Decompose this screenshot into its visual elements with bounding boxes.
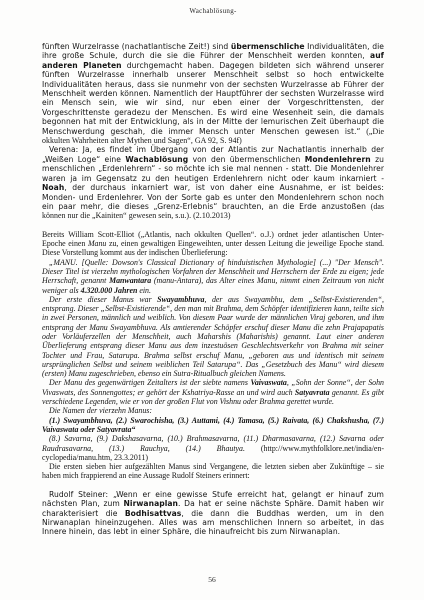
paragraph: Bereits William Scott-Elliot („Atlantis,…: [42, 230, 384, 258]
text-run: Noah: [42, 183, 64, 192]
page-number: 56: [0, 575, 424, 584]
paragraph: Die Namen der vierzehn Manus:: [42, 406, 384, 415]
text-run: (1.) Swayambhuva, (2.) Swarochisha, (3.)…: [42, 416, 384, 434]
text-run: Nirwanaplan: [124, 499, 179, 508]
document-page: Wachablösung- fünften Wurzelrasse (nacha…: [0, 0, 424, 600]
text-run: von den übermenschlichen: [188, 155, 305, 164]
text-run: Mondenlehrern: [305, 155, 371, 164]
paragraph: „MANU. [Quelle: Dowson's Classical Dicti…: [42, 258, 384, 295]
text-run: durchgemacht haben. Dagegen bildeten sic…: [42, 61, 384, 136]
page-header: Wachablösung-: [42, 7, 384, 15]
paragraph: (1.) Swayambhuva, (2.) Swarochisha, (3.)…: [42, 416, 384, 435]
text-run: 4.320.000 Jahren: [81, 286, 138, 295]
text-run: Der erste dieser Manus war: [49, 295, 157, 304]
paragraph: Die ersten sieben hier aufgezählten Manu…: [42, 462, 384, 481]
text-run: Die ersten sieben hier aufgezählten Manu…: [42, 462, 384, 480]
text-run: Vaivaswata: [250, 378, 286, 387]
paragraph: Der Manu des gegenwärtigen Zeitalters is…: [42, 378, 384, 406]
paragraph: Der erste dieser Manus war Swayambhuva, …: [42, 295, 384, 379]
paragraph: fünften Wurzelrasse (nachatlantische Zei…: [42, 42, 384, 145]
paragraph: (8.) Savarna, (9.) Dakshasavarna, (10.) …: [42, 434, 384, 462]
text-run: Manu: [88, 239, 106, 248]
paragraph: Rudolf Steiner: „Wenn er eine gewisse St…: [42, 490, 384, 537]
text-run: Die Namen der vierzehn Manus:: [49, 406, 152, 415]
text-run: , der durchaus inkarniert war, ist von d…: [42, 183, 384, 211]
text-run: , der aus Swayambhu, dem „Selbst-Existie…: [42, 295, 384, 378]
text-run: ein.: [137, 286, 151, 295]
text-run: Wachablösung: [125, 155, 188, 164]
text-run: Satyavrata: [295, 388, 330, 397]
text-run: übermenschliche: [231, 42, 305, 51]
text-run: Der Manu des gegenwärtigen Zeitalters is…: [49, 378, 250, 387]
paragraph: Verena: Ja, es findet im Übergang von de…: [42, 145, 384, 220]
body-text: fünften Wurzelrasse (nachatlantische Zei…: [42, 42, 384, 537]
text-run: Swayambhuva: [157, 295, 204, 304]
text-run: fünften Wurzelrasse (nachatlantische Zei…: [42, 42, 231, 51]
text-run: Manwantara: [109, 276, 151, 285]
text-run: Bodhisattvas: [125, 509, 182, 518]
